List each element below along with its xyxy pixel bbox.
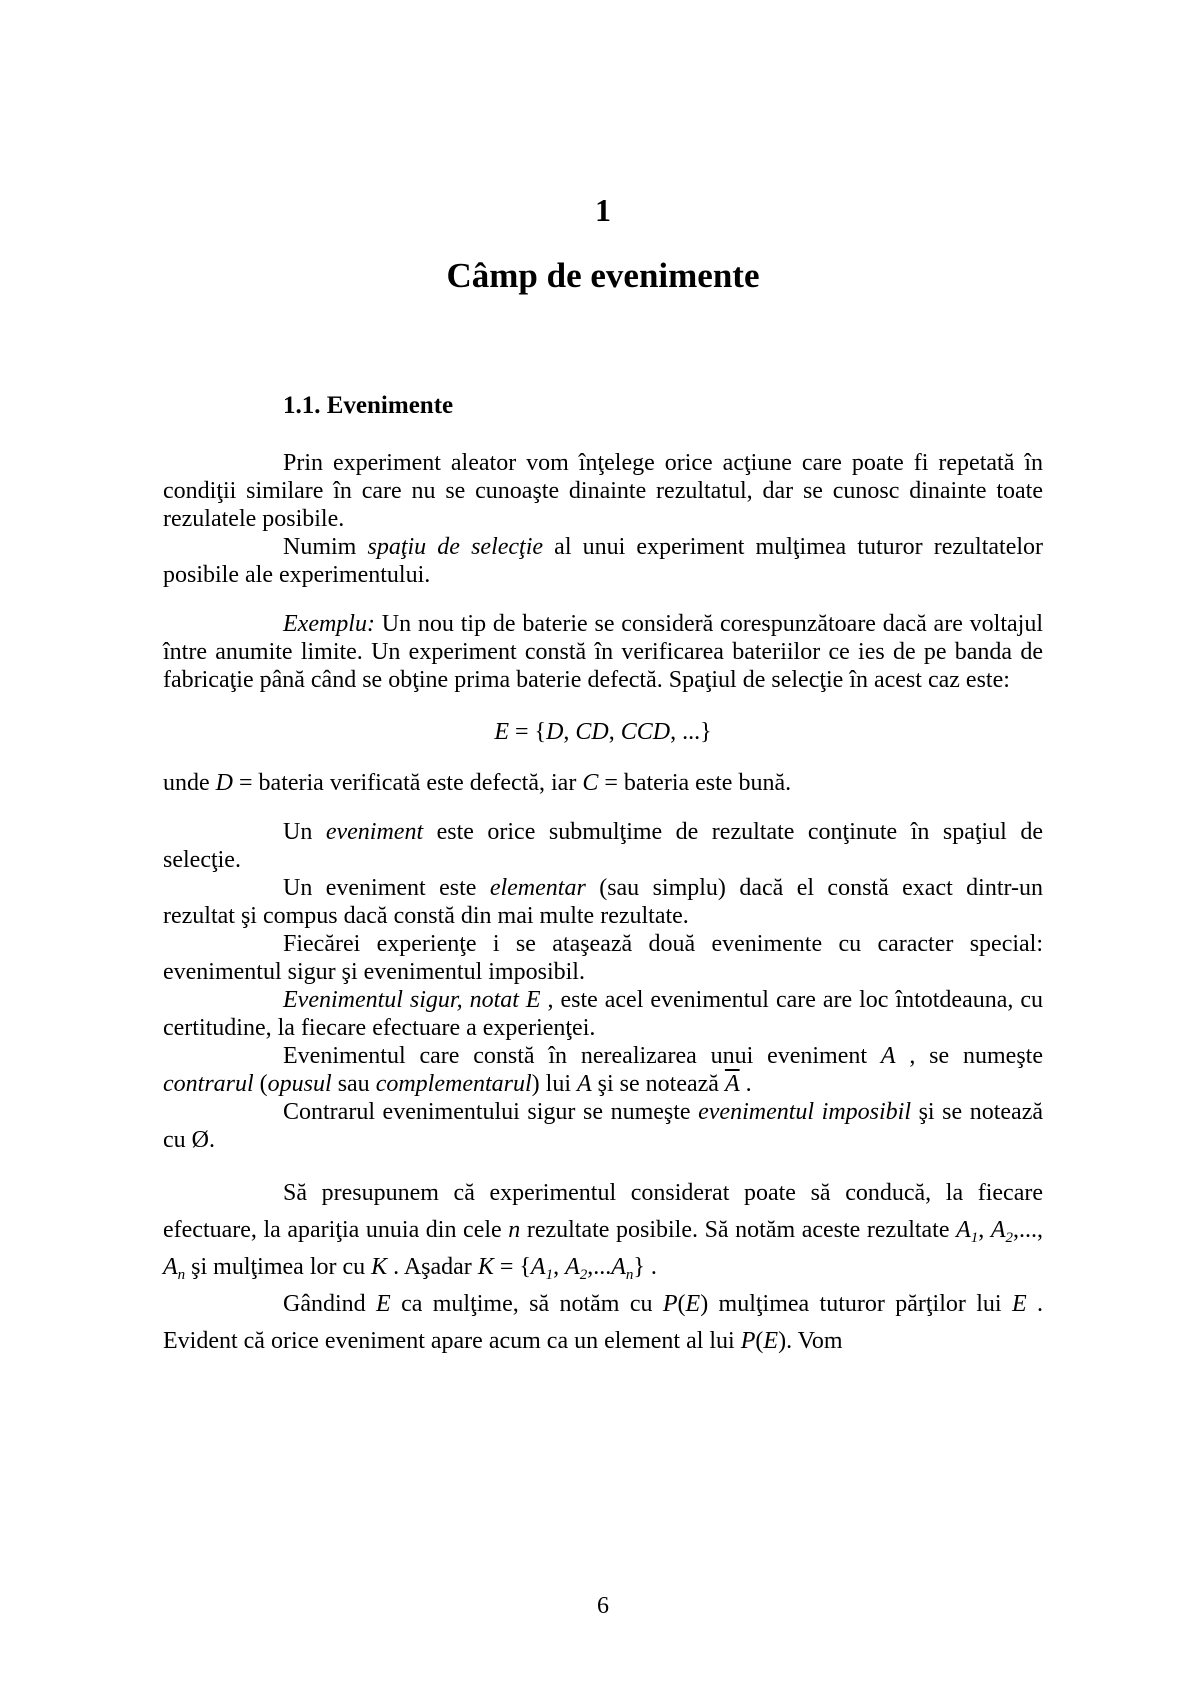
paragraph: Contrarul evenimentului sigur se numeşte…	[163, 1098, 1043, 1154]
paragraph: Numim spaţiu de selecţie al unui experim…	[163, 533, 1043, 589]
paragraph: Un eveniment este orice submulţime de re…	[163, 818, 1043, 874]
paragraph: Fiecărei experienţe i se ataşează două e…	[163, 930, 1043, 986]
formula: E = {D, CD, CCD, ...}	[163, 717, 1043, 747]
paragraph: Evenimentul sigur, notat E , este acel e…	[163, 986, 1043, 1042]
paragraph: Prin experiment aleator vom înţelege ori…	[163, 449, 1043, 533]
paragraph: Exemplu: Un nou tip de baterie se consid…	[163, 610, 1043, 694]
paragraph: Un eveniment este elementar (sau simplu)…	[163, 874, 1043, 930]
paragraph: Gândind E ca mulţime, să notăm cu P(E) m…	[163, 1286, 1043, 1360]
paragraph: Să presupunem că experimentul considerat…	[163, 1175, 1043, 1286]
chapter-title: Câmp de evenimente	[163, 256, 1043, 296]
document-body: Prin experiment aleator vom înţelege ori…	[163, 449, 1043, 1360]
paragraph: Evenimentul care constă în nerealizarea …	[163, 1042, 1043, 1098]
page-number: 6	[163, 1592, 1043, 1620]
section-heading: 1.1. Evenimente	[283, 392, 453, 420]
chapter-number: 1	[163, 192, 1043, 228]
document-page: 1 Câmp de evenimente 1.1. Evenimente Pri…	[0, 0, 1200, 1696]
paragraph: unde D = bateria verificată este defectă…	[163, 769, 1043, 797]
